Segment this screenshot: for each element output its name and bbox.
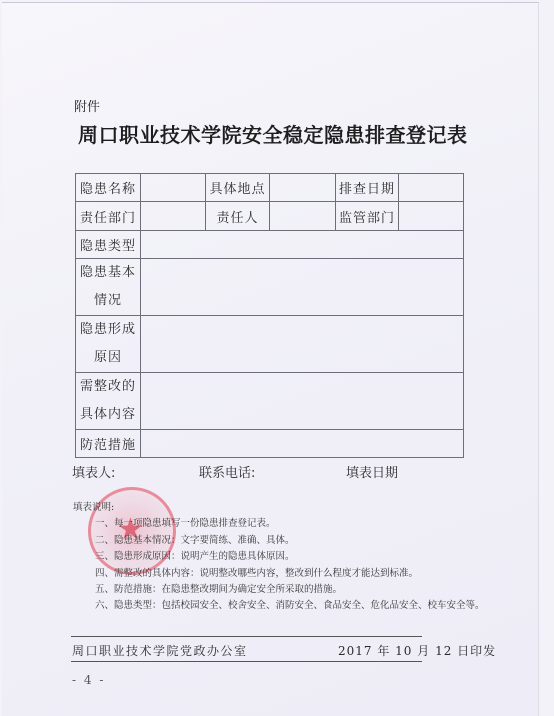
supervising-dept-field[interactable] bbox=[399, 202, 464, 231]
table-row: 防范措施 bbox=[76, 430, 464, 458]
responsible-dept-field[interactable] bbox=[141, 202, 206, 231]
cause-label-line2: 原因 bbox=[76, 344, 140, 372]
location-field[interactable] bbox=[270, 174, 336, 202]
page-number: - 4 - bbox=[72, 673, 105, 687]
instruction-item: 五、防范措施：在隐患整改期间为确定安全所采取的措施。 bbox=[73, 582, 485, 598]
issuer-name: 周口职业技术学院党政办公室 bbox=[72, 642, 248, 659]
responsible-dept-label: 责任部门 bbox=[76, 202, 141, 231]
cause-field[interactable] bbox=[141, 316, 464, 373]
instruction-item: 六、隐患类型：包括校园安全、校舍安全、消防安全、食品安全、危化品安全、校车安全等… bbox=[73, 598, 485, 614]
hazard-type-label: 隐患类型 bbox=[76, 231, 141, 259]
cause-label-line1: 隐患形成 bbox=[76, 316, 140, 344]
hazard-name-label: 隐患名称 bbox=[76, 174, 141, 202]
table-row: 隐患形成 原因 bbox=[76, 316, 464, 373]
cause-label: 隐患形成 原因 bbox=[76, 316, 141, 373]
fill-date-label: 填表日期 bbox=[346, 462, 398, 481]
table-row: 责任部门 责任人 监管部门 bbox=[76, 202, 464, 231]
rectification-label: 需整改的 具体内容 bbox=[76, 373, 141, 430]
inspection-date-field[interactable] bbox=[399, 174, 464, 202]
phone-label: 联系电话: bbox=[199, 462, 255, 481]
table-row: 需整改的 具体内容 bbox=[76, 373, 464, 430]
prevention-field[interactable] bbox=[141, 430, 464, 458]
prevention-label: 防范措施 bbox=[76, 430, 141, 458]
issue-date: 2017 年 10 月 12 日印发 bbox=[338, 642, 496, 659]
rectification-label-line1: 需整改的 bbox=[76, 373, 140, 401]
instructions: 填表说明: 一、每一项隐患填写一份隐患排查登记表。 二、隐患基本情况：文字要简练… bbox=[73, 500, 485, 615]
document-page: 附件 周口职业技术学院安全稳定隐患排查登记表 隐患名称 具体地点 排查日期 责任… bbox=[2, 2, 539, 716]
table-row: 隐患名称 具体地点 排查日期 bbox=[76, 174, 464, 202]
supervising-dept-label: 监管部门 bbox=[336, 202, 399, 231]
inspection-date-label: 排查日期 bbox=[336, 174, 399, 202]
table-row: 隐患类型 bbox=[76, 231, 464, 259]
instruction-item: 四、需整改的具体内容：说明整改哪些内容，整改到什么程度才能达到标准。 bbox=[73, 566, 485, 582]
instructions-heading: 填表说明: bbox=[73, 500, 485, 516]
hazard-type-field[interactable] bbox=[141, 231, 464, 259]
basic-situation-field[interactable] bbox=[141, 259, 464, 316]
basic-situation-label: 隐患基本 情况 bbox=[76, 259, 141, 316]
location-label: 具体地点 bbox=[206, 174, 270, 202]
basic-situation-label-line1: 隐患基本 bbox=[76, 259, 140, 287]
attachment-label: 附件 bbox=[74, 96, 100, 115]
instruction-item: 一、每一项隐患填写一份隐患排查登记表。 bbox=[73, 516, 485, 532]
filler-label: 填表人: bbox=[72, 462, 115, 481]
responsible-person-label: 责任人 bbox=[206, 202, 270, 231]
instruction-item: 二、隐患基本情况：文字要简练、准确、具体。 bbox=[73, 533, 485, 549]
rectification-field[interactable] bbox=[141, 373, 464, 430]
responsible-person-field[interactable] bbox=[270, 202, 336, 231]
footer-top-divider bbox=[71, 636, 422, 637]
document-title: 周口职业技术学院安全稳定隐患排查登记表 bbox=[78, 119, 468, 148]
footer-bottom-divider bbox=[71, 661, 422, 662]
hazard-name-field[interactable] bbox=[141, 174, 206, 202]
instruction-item: 三、隐患形成原因：说明产生的隐患具体原因。 bbox=[73, 549, 485, 565]
basic-situation-label-line2: 情况 bbox=[76, 287, 140, 315]
table-row: 隐患基本 情况 bbox=[76, 259, 464, 316]
rectification-label-line2: 具体内容 bbox=[76, 401, 140, 429]
hazard-registration-table: 隐患名称 具体地点 排查日期 责任部门 责任人 监管部门 隐患类型 隐患基本 情… bbox=[75, 173, 464, 458]
